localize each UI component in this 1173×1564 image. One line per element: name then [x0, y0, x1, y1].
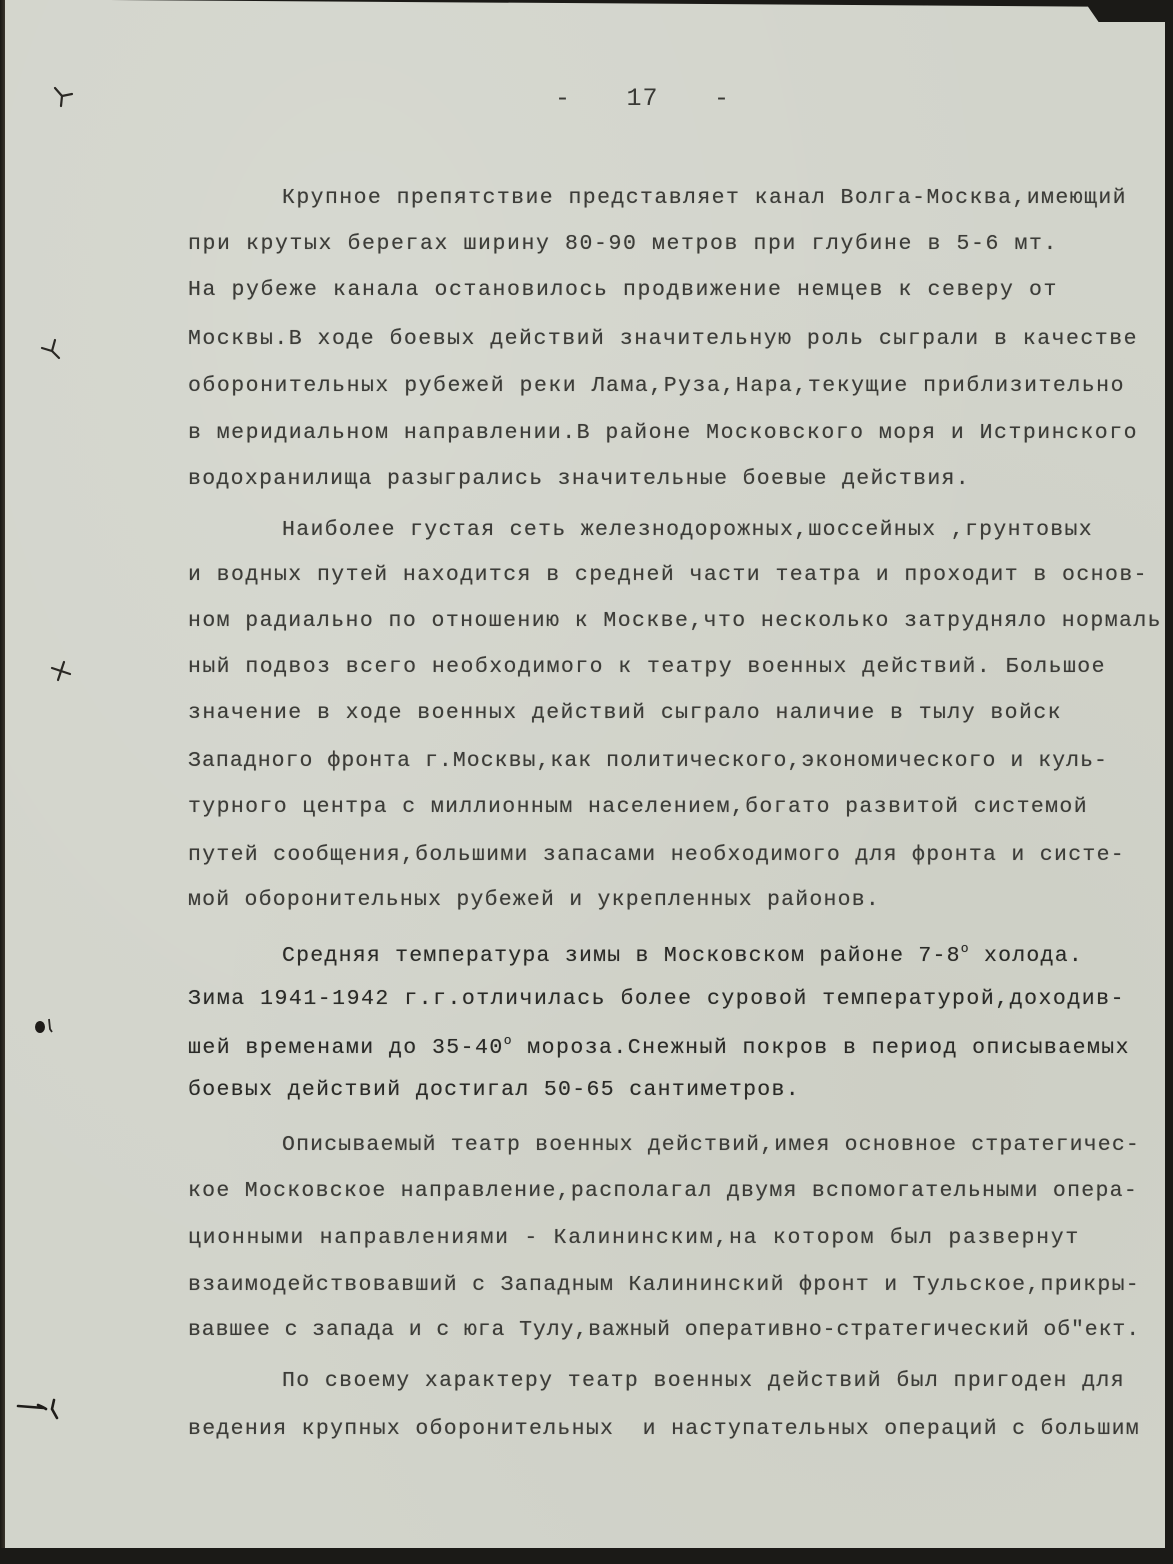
document-text-line: значение в ходе военных действий сыграло…: [188, 701, 1062, 725]
document-text-line: По своему характеру театр военных действ…: [282, 1369, 1125, 1393]
document-text-line: Наиболее густая сеть железнодорожных,шос…: [282, 518, 1093, 542]
punch-mark-icon: [50, 84, 76, 110]
document-text-line: путей сообщения,большими запасами необхо…: [188, 843, 1125, 867]
punch-mark-icon: [30, 1013, 56, 1039]
scanned-page-background: - 17 - Крупное препятствие представляет …: [0, 0, 1173, 1564]
document-text-line: и водных путей находится в средней части…: [188, 563, 1148, 587]
document-text-line: Крупное препятствие представляет канал В…: [282, 186, 1127, 210]
document-text-line: ный подвоз всего необходимого к театру в…: [188, 655, 1106, 679]
document-text-line: Западного фронта г.Москвы,как политическ…: [188, 749, 1108, 773]
document-text-line: турного центра с миллионным населением,б…: [188, 795, 1088, 819]
document-text-line: кое Московское направление,располагал дв…: [188, 1179, 1138, 1203]
document-text-line: Описываемый театр военных действий,имея …: [282, 1133, 1140, 1157]
document-text-line: шей временами до 35-40о мороза.Снежный п…: [188, 1033, 1130, 1060]
document-text-line: водохранилища разыгрались значительные б…: [188, 467, 970, 491]
document-text-line: взаимодействовавший с Западным Калининск…: [188, 1273, 1140, 1297]
document-text-line: оборонительных рубежей реки Лама,Руза,На…: [188, 374, 1125, 398]
document-text-line: Средняя температура зимы в Московском ра…: [282, 941, 1083, 968]
page-left-edge: [0, 0, 5, 1548]
document-text-line: ном радиально по отношению к Москве,что …: [188, 609, 1162, 633]
document-text-line: На рубеже канала остановилось продвижени…: [188, 278, 1058, 302]
document-text-line: мой оборонительных рубежей и укрепленных…: [188, 888, 880, 912]
page-number-value: 17: [626, 84, 658, 113]
document-text-line: Зима 1941-1942 г.г.отличилась более суро…: [188, 987, 1125, 1011]
document-text-line: вавшее с запада и с юга Тулу,важный опер…: [188, 1318, 1140, 1342]
degree-superscript: о: [504, 1033, 513, 1048]
document-text-line: боевых действий достигал 50-65 сантиметр…: [188, 1078, 800, 1102]
degree-superscript: о: [961, 941, 970, 956]
document-text-line: при крутых берегах ширину 80-90 метров п…: [188, 232, 1058, 256]
punch-mark-icon: [16, 1396, 62, 1422]
punch-mark-icon: [38, 336, 64, 362]
page-number: - 17 -: [555, 84, 730, 113]
document-text-line: Москвы.В ходе боевых действий значительн…: [188, 327, 1138, 351]
page-number-dash-right: -: [714, 84, 730, 113]
document-text-line: ведения крупных оборонительных и наступа…: [188, 1417, 1140, 1441]
punch-mark-icon: [48, 658, 74, 684]
document-text-line: ционными направлениями - Калининским,на …: [188, 1226, 1080, 1250]
document-text-line: в меридиальном направлении.В районе Моск…: [188, 421, 1138, 445]
page-number-dash-left: -: [555, 84, 571, 113]
